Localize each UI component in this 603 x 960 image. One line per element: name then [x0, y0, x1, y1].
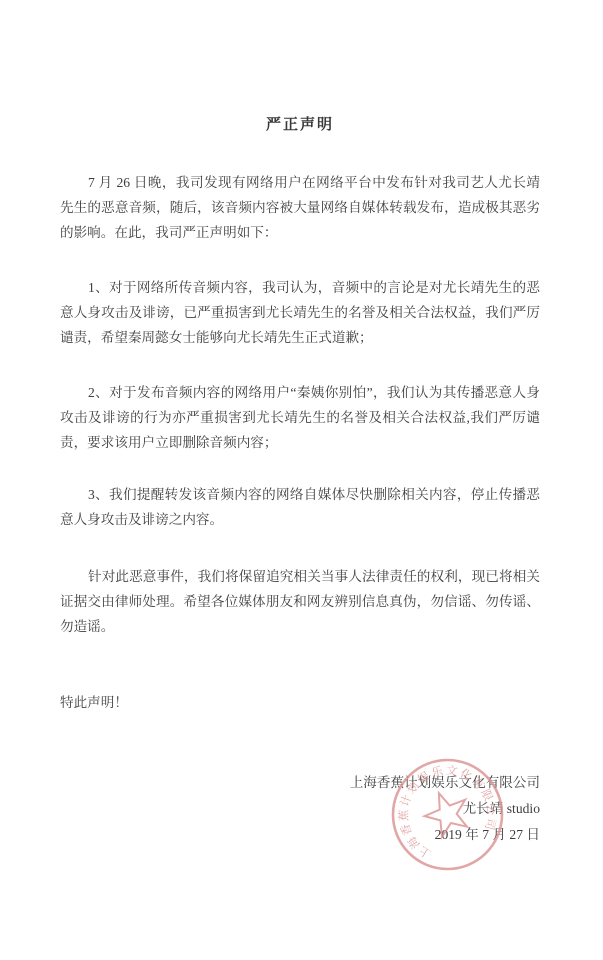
- statement-line: 谴责，希望秦周懿女士能够向尤长靖先生正式道歉；: [60, 325, 540, 350]
- statement-line: 攻击及诽谤的行为亦严重损害到尤长靖先生的名誉及相关合法权益,我们严厉谴: [60, 405, 540, 430]
- statement-line: 针对此恶意事件，我们将保留追究相关当事人法律责任的权利，现已将相关: [60, 564, 540, 589]
- statement-line: 意人身攻击及诽谤，已严重损害到尤长靖先生的名誉及相关合法权益，我们严厉: [60, 300, 540, 325]
- statement-paragraph-4: 针对此恶意事件，我们将保留追究相关当事人法律责任的权利，现已将相关 证据交由律师…: [60, 564, 540, 639]
- statement-title: 严正声明: [60, 113, 540, 138]
- statement-line: 勿造谣。: [60, 614, 540, 639]
- signature-company: 上海香蕉计划娱乐文化有限公司: [60, 770, 540, 796]
- statement-line: 3、我们提醒转发该音频内容的网络自媒体尽快删除相关内容，停止传播恶: [60, 482, 540, 507]
- statement-paragraph-3: 3、我们提醒转发该音频内容的网络自媒体尽快删除相关内容，停止传播恶 意人身攻击及…: [60, 482, 540, 532]
- statement-line: 证据交由律师处理。希望各位媒体朋友和网友辨别信息真伪，勿信谣、勿传谣、: [60, 589, 540, 614]
- statement-line: 意人身攻击及诽谤之内容。: [60, 507, 540, 532]
- signature-date: 2019 年 7 月 27 日: [60, 822, 540, 848]
- statement-page: 严正声明 7 月 26 日晚，我司发现有网络用户在网络平台中发布针对我司艺人尤长…: [0, 0, 603, 960]
- signature-block: 上海香蕉计划娱乐文化有限公司 尤长靖 studio 2019 年 7 月 27 …: [60, 770, 540, 848]
- statement-paragraph-2: 2、对于发布音频内容的网络用户“秦姨你别怕”，我们认为其传播恶意人身 攻击及诽谤…: [60, 380, 540, 455]
- statement-paragraph-1: 1、对于网络所传音频内容，我司认为，音频中的言论是对尤长靖先生的恶 意人身攻击及…: [60, 275, 540, 350]
- statement-line: 1、对于网络所传音频内容，我司认为，音频中的言论是对尤长靖先生的恶: [60, 275, 540, 300]
- statement-line: 责，要求该用户立即删除音频内容；: [60, 430, 540, 455]
- statement-line: 2、对于发布音频内容的网络用户“秦姨你别怕”，我们认为其传播恶意人身: [60, 380, 540, 405]
- closing-line: 特此声明！: [60, 690, 540, 715]
- statement-paragraph-intro: 7 月 26 日晚，我司发现有网络用户在网络平台中发布针对我司艺人尤长靖 先生的…: [60, 170, 540, 245]
- statement-line: 的影响。在此，我司严正声明如下：: [60, 220, 540, 245]
- statement-line: 7 月 26 日晚，我司发现有网络用户在网络平台中发布针对我司艺人尤长靖: [60, 170, 540, 195]
- signature-studio: 尤长靖 studio: [60, 796, 540, 822]
- statement-content: 严正声明 7 月 26 日晚，我司发现有网络用户在网络平台中发布针对我司艺人尤长…: [60, 0, 540, 848]
- statement-line: 先生的恶意音频，随后，该音频内容被大量网络自媒体转载发布，造成极其恶劣: [60, 195, 540, 220]
